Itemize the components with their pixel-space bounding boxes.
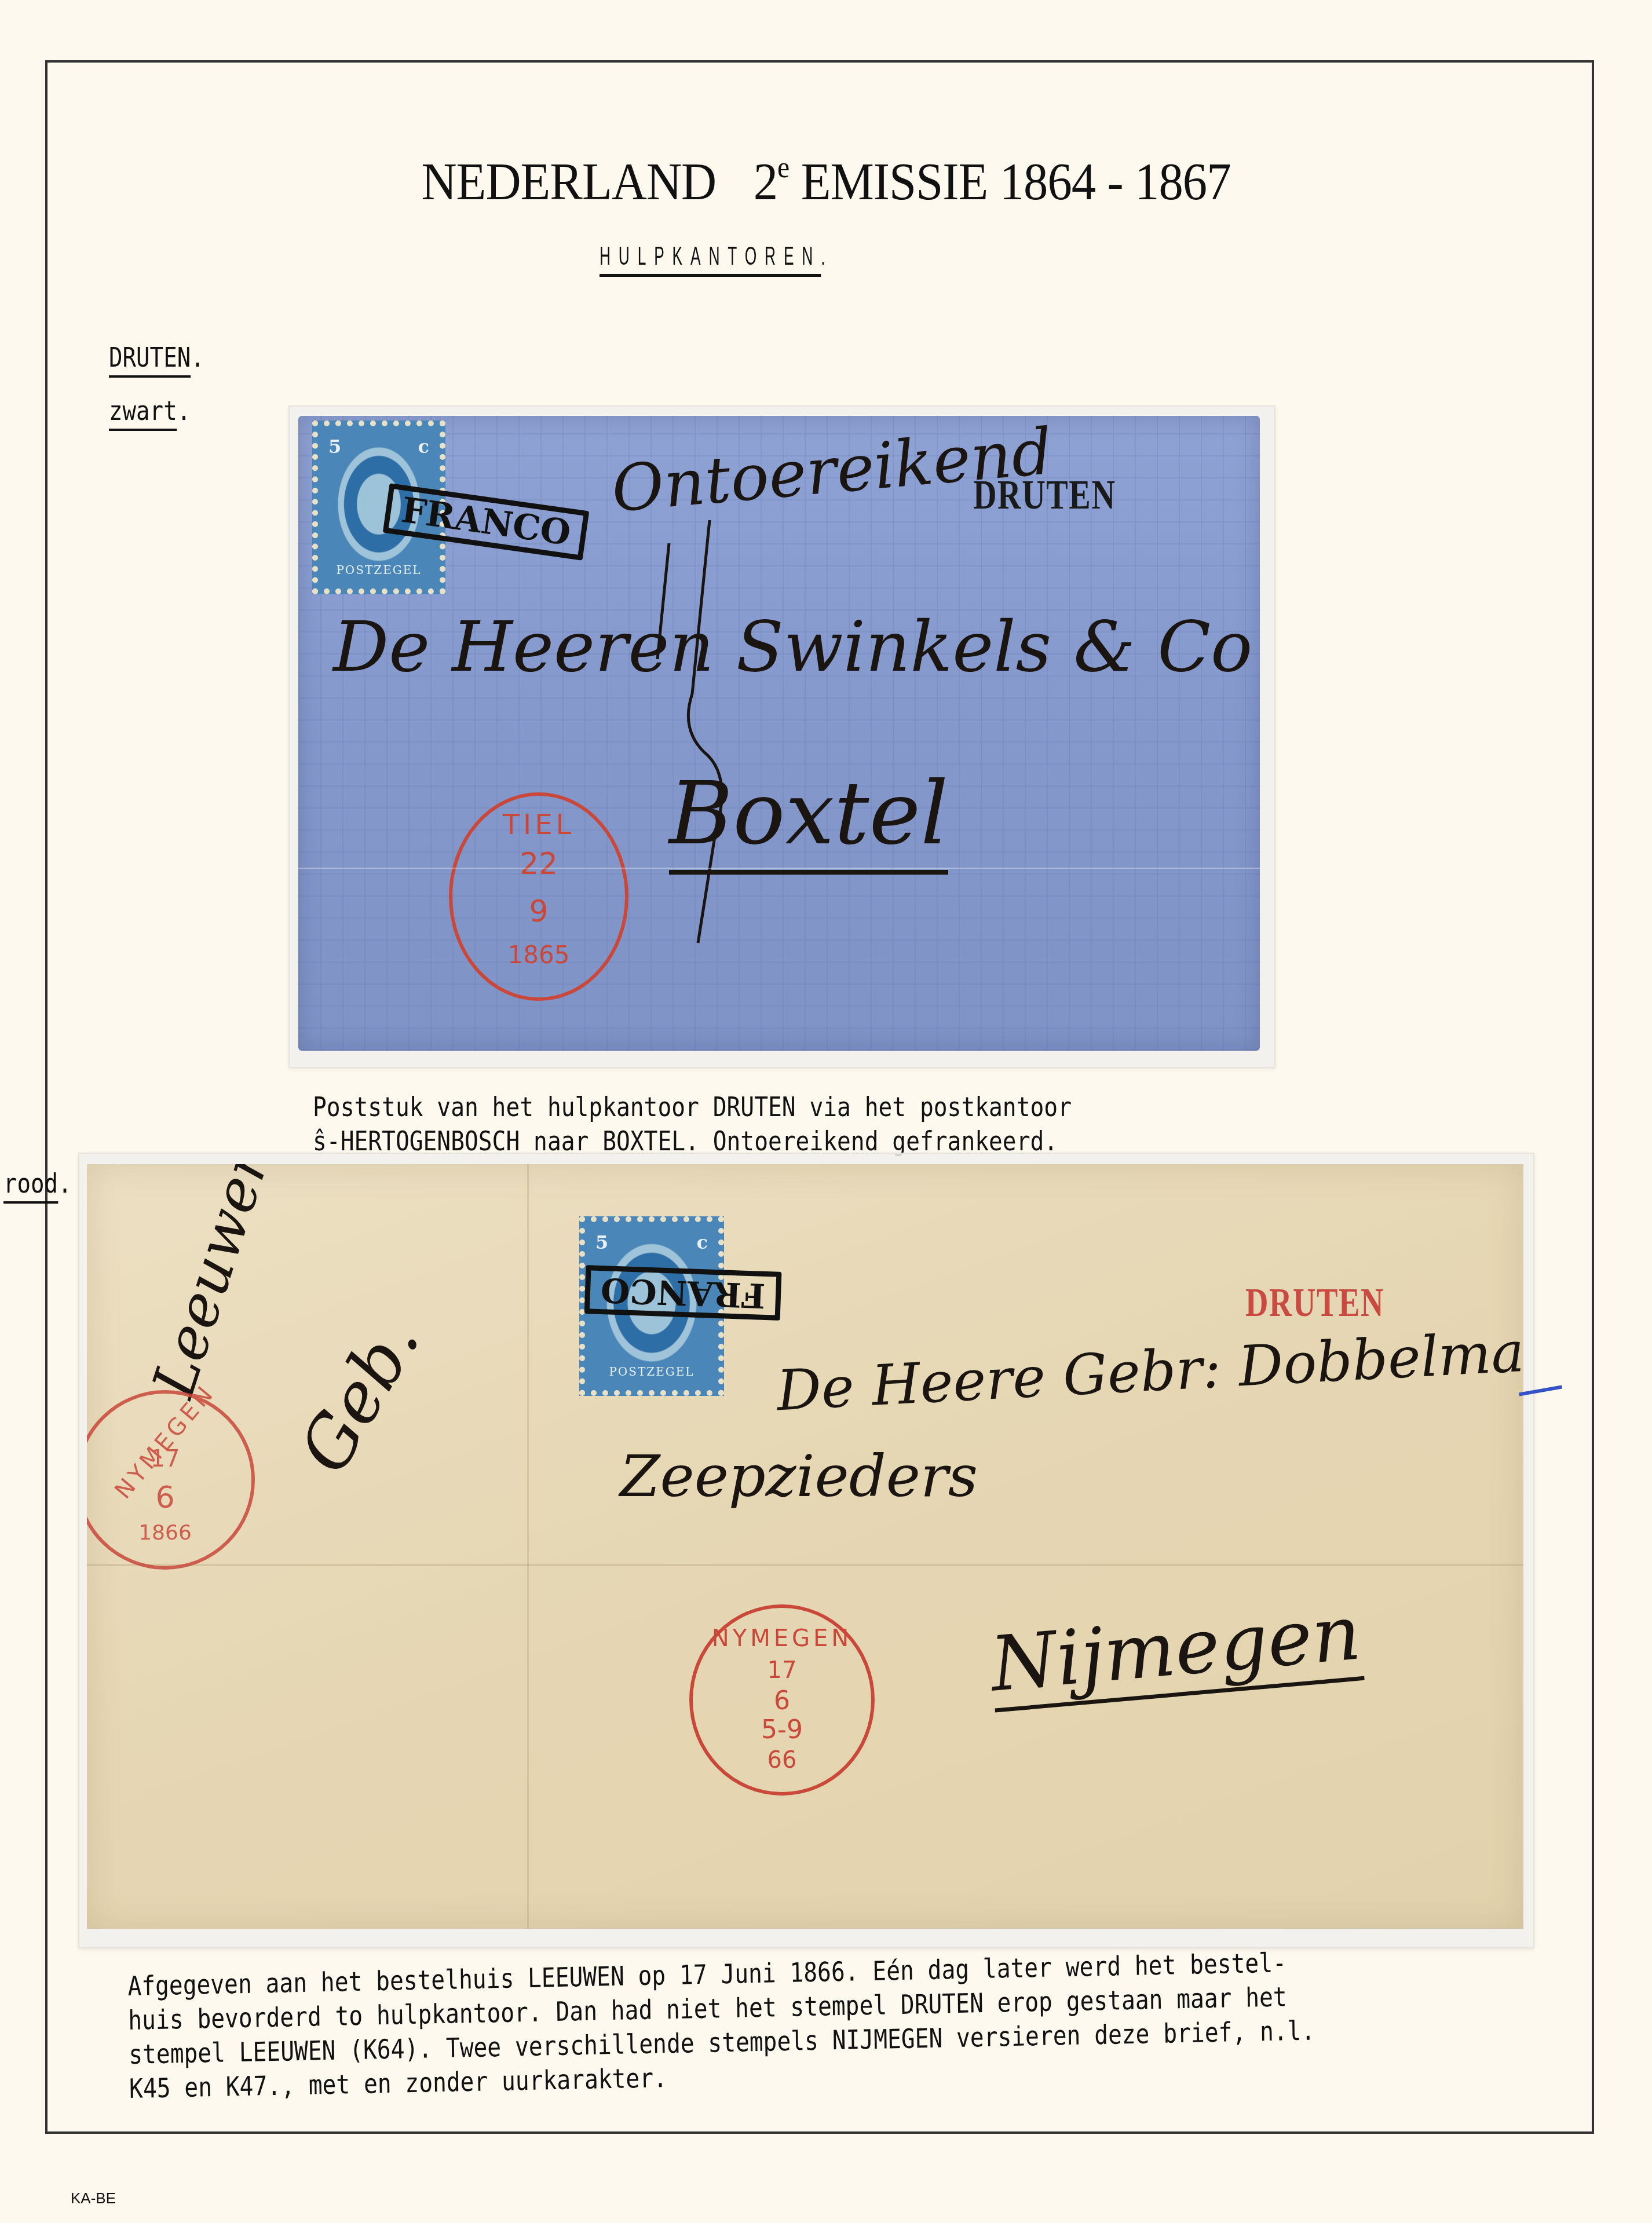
color-label-red-text: rood [3,1168,58,1204]
stamp-caption: POSTZEGEL [318,563,440,577]
manuscript-destination: Nijmegen [987,1588,1364,1712]
caption-cover-1: Poststuk van het hulpkantoor DRUTEN via … [313,1090,1072,1158]
datestamp-month: 6 [693,1686,871,1716]
color-label-black: zwart. [109,395,191,426]
page-subtitle: HULPKANTOREN. [600,242,833,271]
subtitle-suffix: . [821,242,833,270]
stamp-value-right: c [697,1231,708,1253]
subtitle-text: HULPKANTOREN [600,242,821,277]
stamp-value-left: 5 [595,1231,608,1253]
datestamp-year: 1865 [452,941,625,969]
datestamp-year: 1866 [87,1521,251,1545]
nymegen-datestamp-k47: NYMEGEN 17 6 5-9 66 [689,1604,875,1796]
datestamp-day: 17 [693,1657,871,1684]
office-label: DRUTEN. [109,342,204,373]
datestamp-town: NYMEGEN [693,1625,871,1652]
title-country: NEDERLAND [421,152,716,211]
manuscript-street: Zeepzieders [620,1442,978,1510]
color-label-black-text: zwart [109,395,177,431]
stamp-value-right: c [418,436,429,458]
stamp-value-left: 5 [328,436,341,458]
caption-cover-2: Afgegeven aan het bestelhuis LEEUWEN op … [127,1945,1316,2105]
color-label-black-suffix: . [177,395,191,426]
color-label-red: rood. [3,1168,72,1199]
datestamp-year: 66 [693,1747,871,1774]
manuscript-side-note-2: Geb. [284,1305,435,1487]
datestamp-month: 6 [87,1480,251,1515]
footer-label: KA-BE [71,2189,116,2207]
manuscript-addressee: De Heere Gebr: Dobbelman [775,1318,1523,1424]
color-label-red-suffix: . [58,1168,72,1199]
datestamp-hours: 5-9 [693,1715,871,1745]
cover-2[interactable]: 5 c POSTZEGEL FRANCO DRUTEN De Heere Geb… [87,1164,1523,1929]
tiel-datestamp: TIEL 22 9 1865 [449,792,628,1001]
cover-1[interactable]: 5 c POSTZEGEL FRANCO Ontoereikend DRUTEN… [298,416,1260,1051]
title-superscript: e [777,151,789,184]
druten-cancel-red: DRUTEN [1245,1280,1384,1326]
franco-cancel-inverted: FRANCO [584,1265,782,1321]
datestamp-town: TIEL [452,809,625,841]
title-number: 2 [754,152,777,211]
caption-line: Poststuk van het hulpkantoor DRUTEN via … [313,1090,1072,1124]
datestamp-day: 22 [452,847,625,882]
postage-due-mark [623,509,739,949]
office-label-suffix: . [191,342,204,373]
druten-cancel-black: DRUTEN [973,471,1116,519]
office-label-text: DRUTEN [109,342,191,378]
datestamp-day: 17 [87,1446,251,1472]
manuscript-addressee: De Heeren Swinkels & Co [333,607,1252,688]
datestamp-month: 9 [452,894,625,929]
title-series: EMISSIE 1864 - 1867 [801,152,1231,211]
page-title: NEDERLAND2e EMISSIE 1864 - 1867 [66,151,1586,212]
stamp-caption: POSTZEGEL [585,1365,718,1379]
nymegen-datestamp-k45: NYMEGEN 17 6 1866 [87,1390,255,1570]
